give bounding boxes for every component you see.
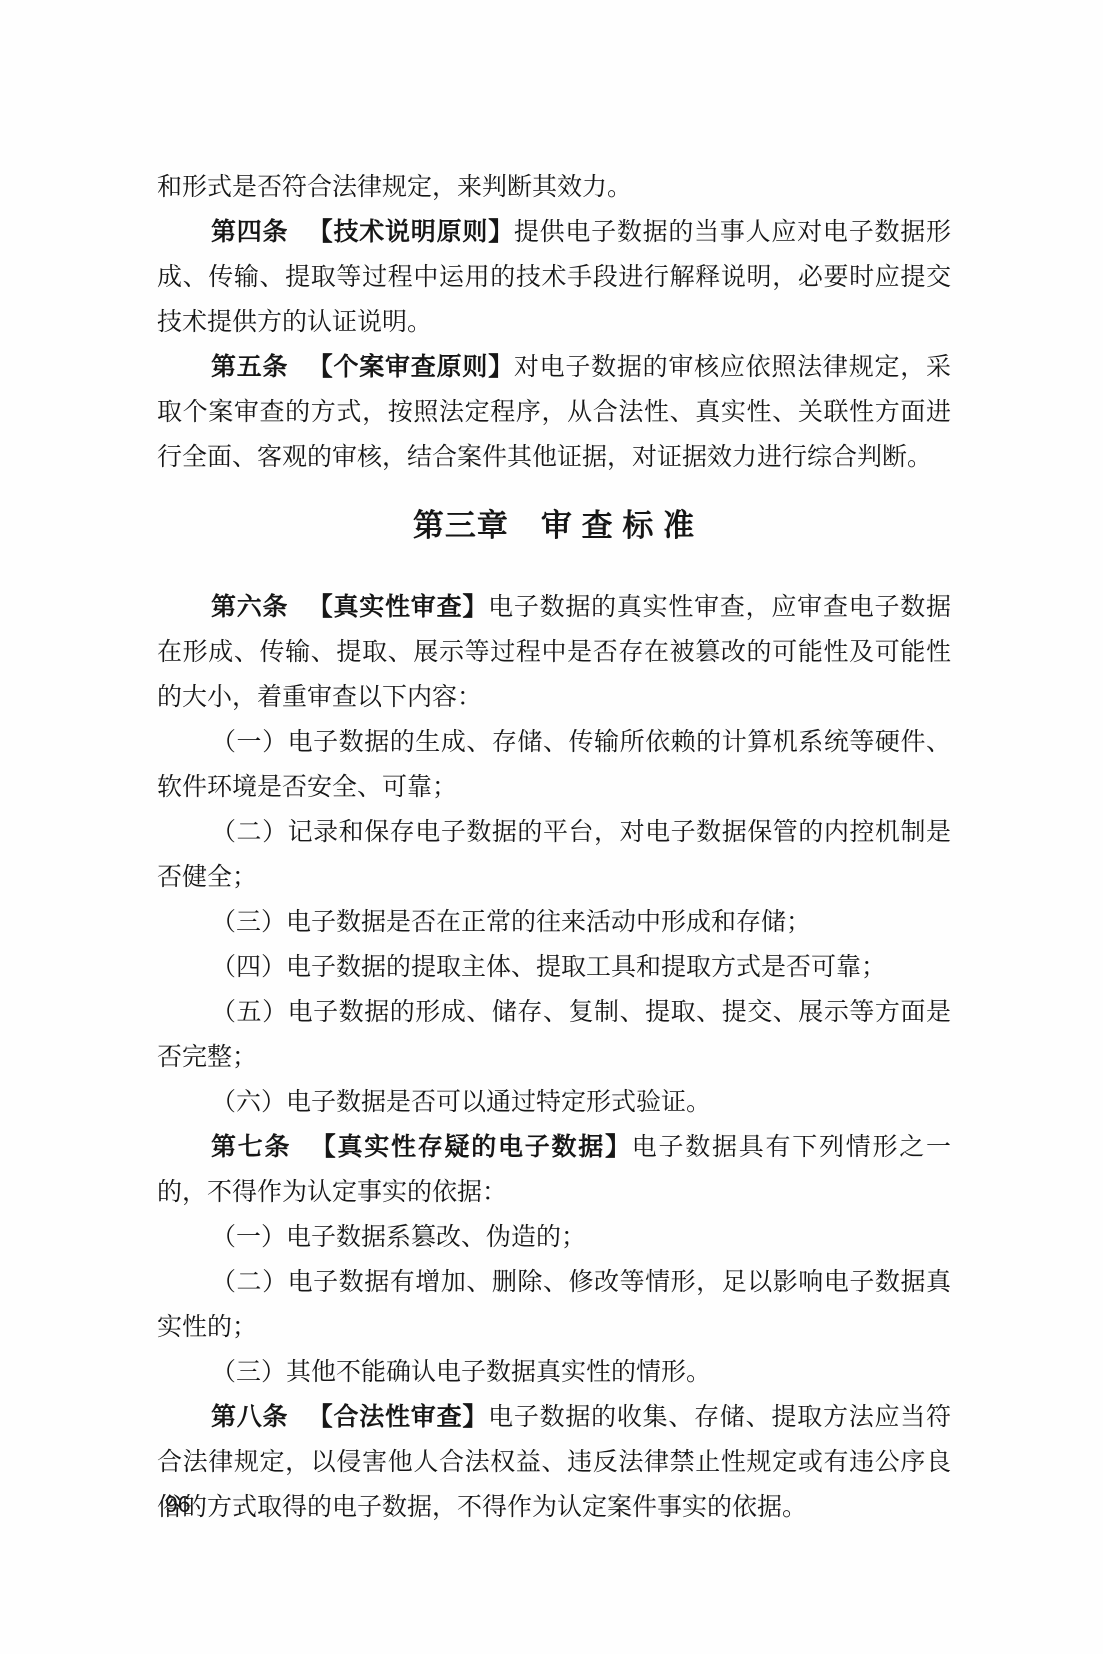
book-page: 和形式是否符合法律规定，来判断其效力。 第四条【技术说明原则】提供电子数据的当事… bbox=[0, 0, 1103, 1654]
article-6-item-3: （三）电子数据是否在正常的往来活动中形成和存储； bbox=[157, 900, 951, 945]
article-7-item-2: （二）电子数据有增加、删除、修改等情形，足以影响电子数据真实性的； bbox=[157, 1260, 951, 1350]
article-6-item-4: （四）电子数据的提取主体、提取工具和提取方式是否可靠； bbox=[157, 945, 951, 990]
chapter-heading: 第三章 审 查 标 准 bbox=[157, 504, 951, 548]
article-6-title: 【真实性审查】 bbox=[308, 593, 488, 621]
article-7-title: 【真实性存疑的电子数据】 bbox=[311, 1133, 632, 1161]
article-7-number: 第七条 bbox=[211, 1133, 291, 1161]
page-number: 96 bbox=[165, 1490, 191, 1518]
article-6-item-1: （一）电子数据的生成、存储、传输所依赖的计算机系统等硬件、软件环境是否安全、可靠… bbox=[157, 720, 951, 810]
continuation-paragraph: 和形式是否符合法律规定，来判断其效力。 bbox=[157, 165, 951, 210]
article-7-item-3: （三）其他不能确认电子数据真实性的情形。 bbox=[157, 1350, 951, 1395]
article-5-paragraph: 第五条【个案审查原则】对电子数据的审核应依照法律规定，采取个案审查的方式，按照法… bbox=[157, 345, 951, 480]
article-6-item-5: （五）电子数据的形成、储存、复制、提取、提交、展示等方面是否完整； bbox=[157, 990, 951, 1080]
article-6-item-6: （六）电子数据是否可以通过特定形式验证。 bbox=[157, 1080, 951, 1125]
article-8-number: 第八条 bbox=[211, 1403, 288, 1431]
article-4-paragraph: 第四条【技术说明原则】提供电子数据的当事人应对电子数据形成、传输、提取等过程中运… bbox=[157, 210, 951, 345]
article-5-title: 【个案审查原则】 bbox=[308, 353, 514, 381]
article-7-paragraph: 第七条【真实性存疑的电子数据】电子数据具有下列情形之一的，不得作为认定事实的依据… bbox=[157, 1125, 951, 1215]
article-6-number: 第六条 bbox=[211, 593, 288, 621]
document-body: 和形式是否符合法律规定，来判断其效力。 第四条【技术说明原则】提供电子数据的当事… bbox=[157, 165, 951, 1530]
article-6-paragraph: 第六条【真实性审查】电子数据的真实性审查，应审查电子数据在形成、传输、提取、展示… bbox=[157, 585, 951, 720]
article-4-number: 第四条 bbox=[211, 218, 288, 246]
article-8-paragraph: 第八条【合法性审查】电子数据的收集、存储、提取方法应当符合法律规定，以侵害他人合… bbox=[157, 1395, 951, 1530]
article-5-number: 第五条 bbox=[211, 353, 288, 381]
article-7-item-1: （一）电子数据系篡改、伪造的； bbox=[157, 1215, 951, 1260]
article-6-item-2: （二）记录和保存电子数据的平台，对电子数据保管的内控机制是否健全； bbox=[157, 810, 951, 900]
article-4-title: 【技术说明原则】 bbox=[308, 218, 514, 246]
article-8-title: 【合法性审查】 bbox=[308, 1403, 488, 1431]
